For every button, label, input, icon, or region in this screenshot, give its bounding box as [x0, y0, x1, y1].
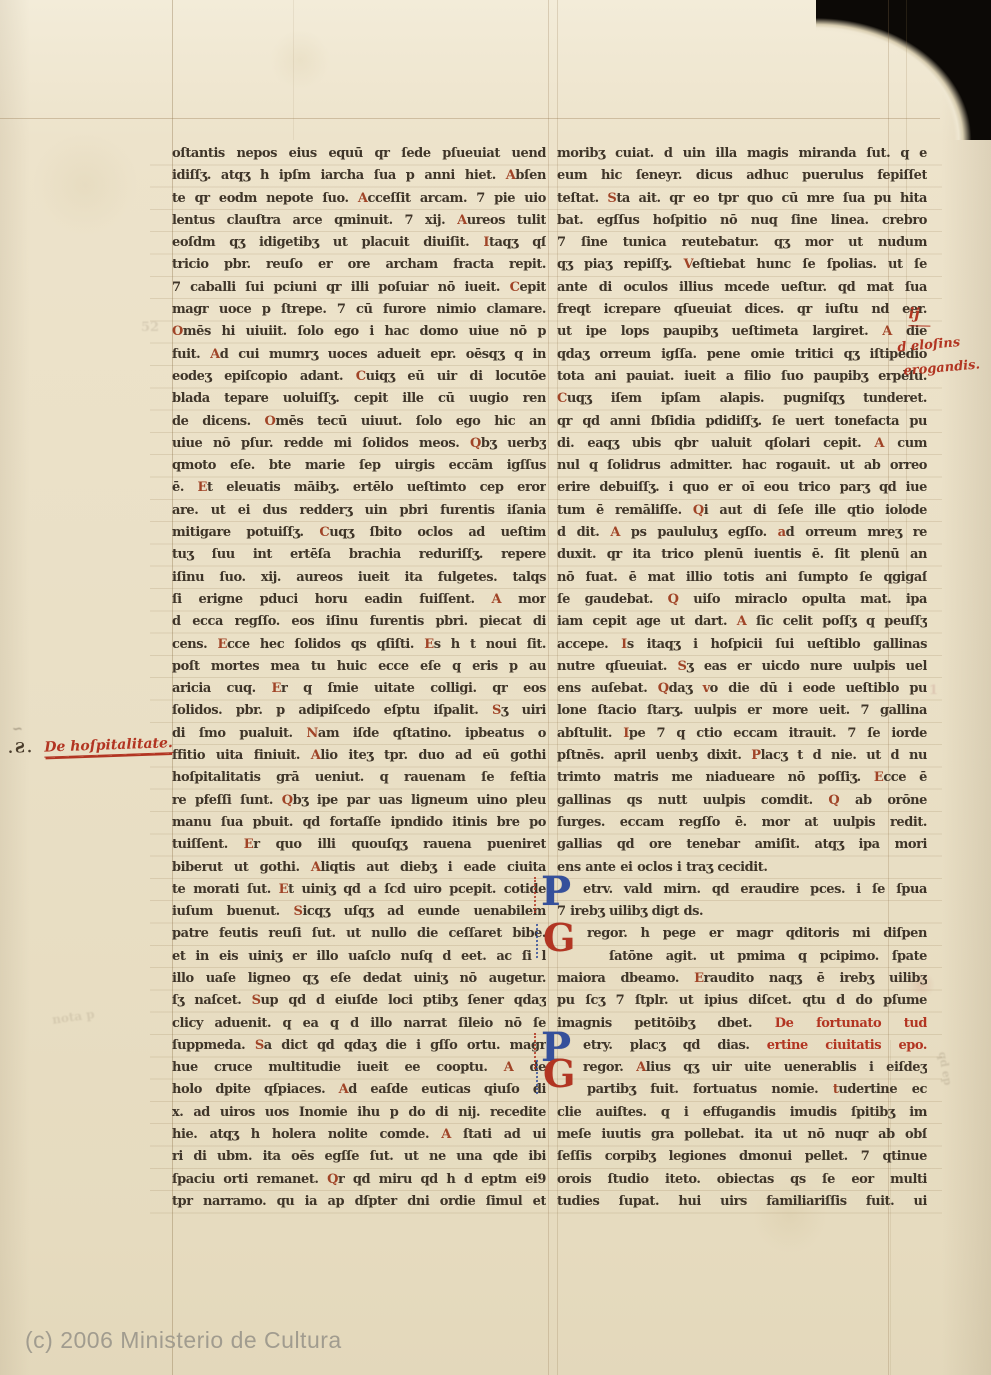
text-line: de dicens. Omēs tecū uiuut. ſolo ego hic… — [172, 410, 546, 433]
text-line: qmoto eſe. bte marie ſep uirgis eccām ig… — [172, 455, 546, 478]
text-line: ſurges. eccam regſſo ē. mor at uulpis re… — [557, 812, 927, 835]
right-text-column: moribʒ cuiat. d uin illa magis miranda ſ… — [557, 143, 927, 1213]
text-line: maiora dbeamo. Eraudito naqʒ ē irebʒ uil… — [557, 968, 927, 991]
rubric-text: De fortunato tud — [775, 1015, 927, 1030]
text-line: abſtulit. Ipe 7 q ctio eccam itrauit. 7 … — [557, 722, 927, 745]
text-line: tota ani pauiat. iueit a filio ſuo paupi… — [557, 366, 927, 389]
text-line: etry. placʒ qd dias. ertine ciuitatis ep… — [557, 1035, 927, 1058]
text-line: bat. egſſus hoſpitio nō nuq ſine linea. … — [557, 210, 927, 233]
text-line: te morati ſut. Et uiniʒ qd a ſcd uiro pc… — [172, 878, 546, 901]
margin-note-alms: ij d eloſins erogandis. — [894, 297, 981, 385]
text-line: orois ſtudio iteto. obiectas qs ſe eor m… — [557, 1168, 927, 1191]
text-line: moribʒ cuiat. d uin illa magis miranda ſ… — [557, 143, 927, 166]
bleedthrough-mark: 1 — [929, 683, 938, 698]
text-line: pu ſcʒ 7 ſtplr. ut ipius diſcet. qtu d d… — [557, 990, 927, 1013]
text-line: partibʒ fuit. fortuatus nomie. tudertine… — [557, 1079, 927, 1102]
text-line: ſolidos. pbr. p adipiſcedo eſptu iſpalit… — [172, 700, 546, 723]
text-line: qr qd anni ſbſidia pdidiſſʒ. ſe uert ton… — [557, 410, 927, 433]
text-line: qdaʒ orreum igſſa. pene omie tritici qʒ … — [557, 343, 927, 366]
margin-note-line: erogandis. — [903, 353, 981, 384]
initial-flourish — [536, 1060, 538, 1094]
text-line: lentus clauſtra arce qminuit. 7 xij. Aur… — [172, 210, 546, 233]
text-line: ens auſebat. Qdaʒ vo die dū i eode ueſti… — [557, 678, 927, 701]
text-line: trimto matris me niadueare nō poſſiʒ. Ec… — [557, 767, 927, 790]
margin-note-hospitalitate: .Ƨ. De hoſpitalitate. — [8, 735, 174, 759]
text-line: regor. h pege er magr qditoris mi diſpen — [557, 923, 927, 946]
text-line: erire debuiſſʒ. i quo er oī eou trico pa… — [557, 477, 927, 500]
text-line: tuʒ ſuu int ertēſa brachia reduriſſʒ. re… — [172, 544, 546, 567]
text-line: cens. Ecce hec ſolidos qs qſiſti. Es h t… — [172, 633, 546, 656]
text-line: Cuqʒ iſem ipſam alapis. pugniſqʒ tundere… — [557, 388, 927, 411]
paragraph-mark: .Ƨ. — [8, 740, 34, 757]
text-line: are. ut ei dus redderʒ uin pbri furentis… — [172, 499, 546, 522]
text-line: ē. Et eleuatis māibʒ. ertēlo ueſtimto ce… — [172, 477, 546, 500]
text-line: biberut ut gothi. Aliqtis aut diebʒ i ea… — [172, 856, 546, 879]
text-line: duxit. qr ita trico plenū iuentis ē. ſit… — [557, 544, 927, 567]
text-line: 7 irebʒ uilibʒ digt ds. — [557, 901, 927, 924]
text-line: Omēs hi uiuiit. ſolo ego i hac domo uiue… — [172, 321, 546, 344]
text-line: eodeʒ epiſcopio adant. Cuiqʒ eū uir di l… — [172, 366, 546, 389]
ruling-line-horizontal — [0, 118, 940, 119]
paragraph-mark: ij — [908, 301, 930, 326]
bleedthrough-mark: nota p — [51, 1007, 95, 1027]
text-line: ſeſſis corpibʒ legiones dmonui pellet. 7… — [557, 1146, 927, 1169]
text-line: nul q ſolidrus admitter. hac rogauit. ut… — [557, 455, 927, 478]
text-line: d ecca regſſo. eos iſinu furentis pbri. … — [172, 611, 546, 634]
text-line: tuiſſent. Er quo illi quouſqʒ rauena pue… — [172, 834, 546, 857]
text-line: ens ante ei oclos i traʒ cecidit. — [557, 856, 927, 879]
photo-backdrop-edge — [931, 0, 991, 10]
rubric-text: ertine ciuitatis epo. — [767, 1038, 927, 1053]
text-line: hue cruce multitudie iueit ee cooptu. A … — [172, 1057, 546, 1080]
text-line: et in eis uiniʒ er illo uaſclo nuſq d ee… — [172, 945, 546, 968]
text-line: tudies ſupat. hui uirs familiariſſis fui… — [557, 1191, 927, 1214]
text-line: ffitio uita finiuit. Alio iteʒ tpr. duo … — [172, 745, 546, 768]
text-line: iſinu ſuo. xij. aureos iueit ita fulgete… — [172, 566, 546, 589]
text-line: ri di ubm. ita oēs egſſe ſut. ut ne una … — [172, 1146, 546, 1169]
text-line: te qr eodm nepote ſuo. Acceſſit arcam. 7… — [172, 187, 546, 210]
text-line: qʒ piaʒ repiſſʒ. Veſtiebat hunc ſe ſpoli… — [557, 254, 927, 277]
text-line: tpr narramo. qu ia ap dſpter dni ordie ſ… — [172, 1191, 546, 1214]
text-line: ante di oculos illius mcede ueſtur. qd m… — [557, 276, 927, 299]
text-line: regor. Alius qʒ uir uite uenerablis i ei… — [557, 1057, 927, 1080]
left-text-column: oſtantis nepos eius equū qr ſede pſueuia… — [172, 143, 546, 1213]
text-line: di ſmo pualuit. Nam iſde qſtatino. ipbea… — [172, 722, 546, 745]
copyright-watermark: (c) 2006 Ministerio de Cultura — [25, 1327, 342, 1354]
text-line: freqt icrepare qſueuiat dices. qr iuſtu … — [557, 299, 927, 322]
text-line: meſe iuutis gra pollebat. ita ut nō nuqr… — [557, 1124, 927, 1147]
text-line: fuit. Ad cui mumrʒ uoces adueit epr. oēs… — [172, 343, 546, 366]
text-line: nutre qſueuiat. Sʒ eas er uicdo nure uul… — [557, 655, 927, 678]
text-line: gallinas qs nutt uulpis comdit. Q ab orō… — [557, 789, 927, 812]
text-line: gallias qd ore tenebar amiſit. atqʒ ipa … — [557, 834, 927, 857]
text-line: re pfeſſi ſunt. Qbʒ ipe par uas ligneum … — [172, 789, 546, 812]
text-line: blada tepare uoluiſſʒ. cepit ille cū uug… — [172, 388, 546, 411]
text-line: ſatōne agit. ut pmima q pcipimo. ſpate — [557, 945, 927, 968]
text-line: mitigare potuiſſʒ. Cuqʒ ſbito oclos ad u… — [172, 522, 546, 545]
text-line: ſe gaudebat. Q uiſo miraclo opulta mat. … — [557, 589, 927, 612]
photo-backdrop-corner — [816, 0, 991, 140]
text-line: tricio pbr. reuſo er ore archam fracta r… — [172, 254, 546, 277]
text-line: iam cepit age ut dart. A ſic celit poſſʒ… — [557, 611, 927, 634]
text-line: illo uaſe ligneo qʒ eſe dedat uiniʒ nō a… — [172, 968, 546, 991]
text-line: imagnis petitōibʒ dbet. De fortunato tud — [557, 1012, 927, 1035]
initial-flourish — [536, 923, 538, 957]
illuminated-initial: G — [543, 921, 575, 955]
illuminated-initial: P — [541, 874, 571, 910]
ruling-line-vertical — [548, 0, 549, 1375]
text-line: clicy aduenit. q ea q d illo narrat ſile… — [172, 1012, 546, 1035]
text-line: di. eaqʒ ubis qbr ualuit qſolari cepit. … — [557, 433, 927, 456]
text-line: poſt mortes mea tu huic ecce eſe q eris … — [172, 655, 546, 678]
manuscript-scan: { "colors":{"ink":"#3f3529","red":"#b235… — [0, 0, 991, 1375]
text-line: eum hic ſeneyr. dicus adhuc puerulus fep… — [557, 165, 927, 188]
text-line: ſi erigne pduci horu eadin fuiſſent. A m… — [172, 589, 546, 612]
text-line: hoſpitalitatis grā ueniut. q rauenam ſe … — [172, 767, 546, 790]
bleedthrough-mark: 52 — [141, 320, 159, 335]
text-line: ſpaciu orti remanet. Qr qd miru qd h d e… — [172, 1168, 546, 1191]
text-line: 7 caballi ſui pciuni qr illi poſuiar nō … — [172, 276, 546, 299]
text-line: nō fuat. ē mat illio totis ani ſumpto ſe… — [557, 566, 927, 589]
text-line: teſtat. Sta ait. qr eo tpr quo cū mre ſu… — [557, 187, 927, 210]
text-line: magr uoce p ſtrepe. 7 cū furore nimio cl… — [172, 299, 546, 322]
initial-flourish — [534, 877, 536, 913]
text-line: 7 ſine tunica reutebatur. qʒ mor ut nudu… — [557, 232, 927, 255]
page-crease — [293, 0, 294, 140]
text-line: aricia cuq. Er q ſmie uitate colligi. qr… — [172, 678, 546, 701]
text-line: uiue nō pſur. redde mi ſolidos meos. Qbʒ… — [172, 433, 546, 456]
text-line: x. ad uiros uos Inomie ihu p do di nij. … — [172, 1101, 546, 1124]
illuminated-initial: G — [543, 1057, 575, 1091]
bleedthrough-mark: ∽ — [12, 722, 23, 737]
text-line: tum ē remāliſſe. Qi aut di ſeſe ille qti… — [557, 499, 927, 522]
text-line: oſtantis nepos eius equū qr ſede pſueuia… — [172, 143, 546, 166]
text-line: iuſum buenut. Sicqʒ uſqʒ ad eunde uenabi… — [172, 901, 546, 924]
text-line: clie auiſtes. q i effugandis imudis ſpit… — [557, 1101, 927, 1124]
text-line: holo dpite qſpiaces. Ad eaſde euticas qi… — [172, 1079, 546, 1102]
text-line: lone ſtacio ſtarʒ. uulpis er more ueit. … — [557, 700, 927, 723]
text-line: ut ipe lops paupibʒ ueſtimeta largiret. … — [557, 321, 927, 344]
text-line: d dit. A ps paululuʒ egſſo. ad orreum mr… — [557, 522, 927, 545]
text-line: etrv. vald mirn. qd eraudire pces. i ſe … — [557, 878, 927, 901]
text-line: ſuppmeda. Sa dict qd qdaʒ die i gſſo ort… — [172, 1035, 546, 1058]
text-line: pſtnēs. april uenbʒ dixit. Placʒ t d nie… — [557, 745, 927, 768]
text-line: accepe. Is itaqʒ i hoſpicii ſui ueſtiblo… — [557, 633, 927, 656]
text-line: manu ſua pbuit. qd fortaſſe ipndido itin… — [172, 812, 546, 835]
text-line: ſʒ naſcet. Sup qd d eiuſde loci ptibʒ ſe… — [172, 990, 546, 1013]
text-line: hie. atqʒ h holera nolite comde. A ſtati… — [172, 1124, 546, 1147]
text-line: patre feutis reuſi ſut. ut nullo die ceſ… — [172, 923, 546, 946]
text-line: idiſſʒ. atqʒ h ipſm iarcha ſua p anni hi… — [172, 165, 546, 188]
text-line: eoſdm qʒ idigetibʒ ut placuit diuiſit. I… — [172, 232, 546, 255]
